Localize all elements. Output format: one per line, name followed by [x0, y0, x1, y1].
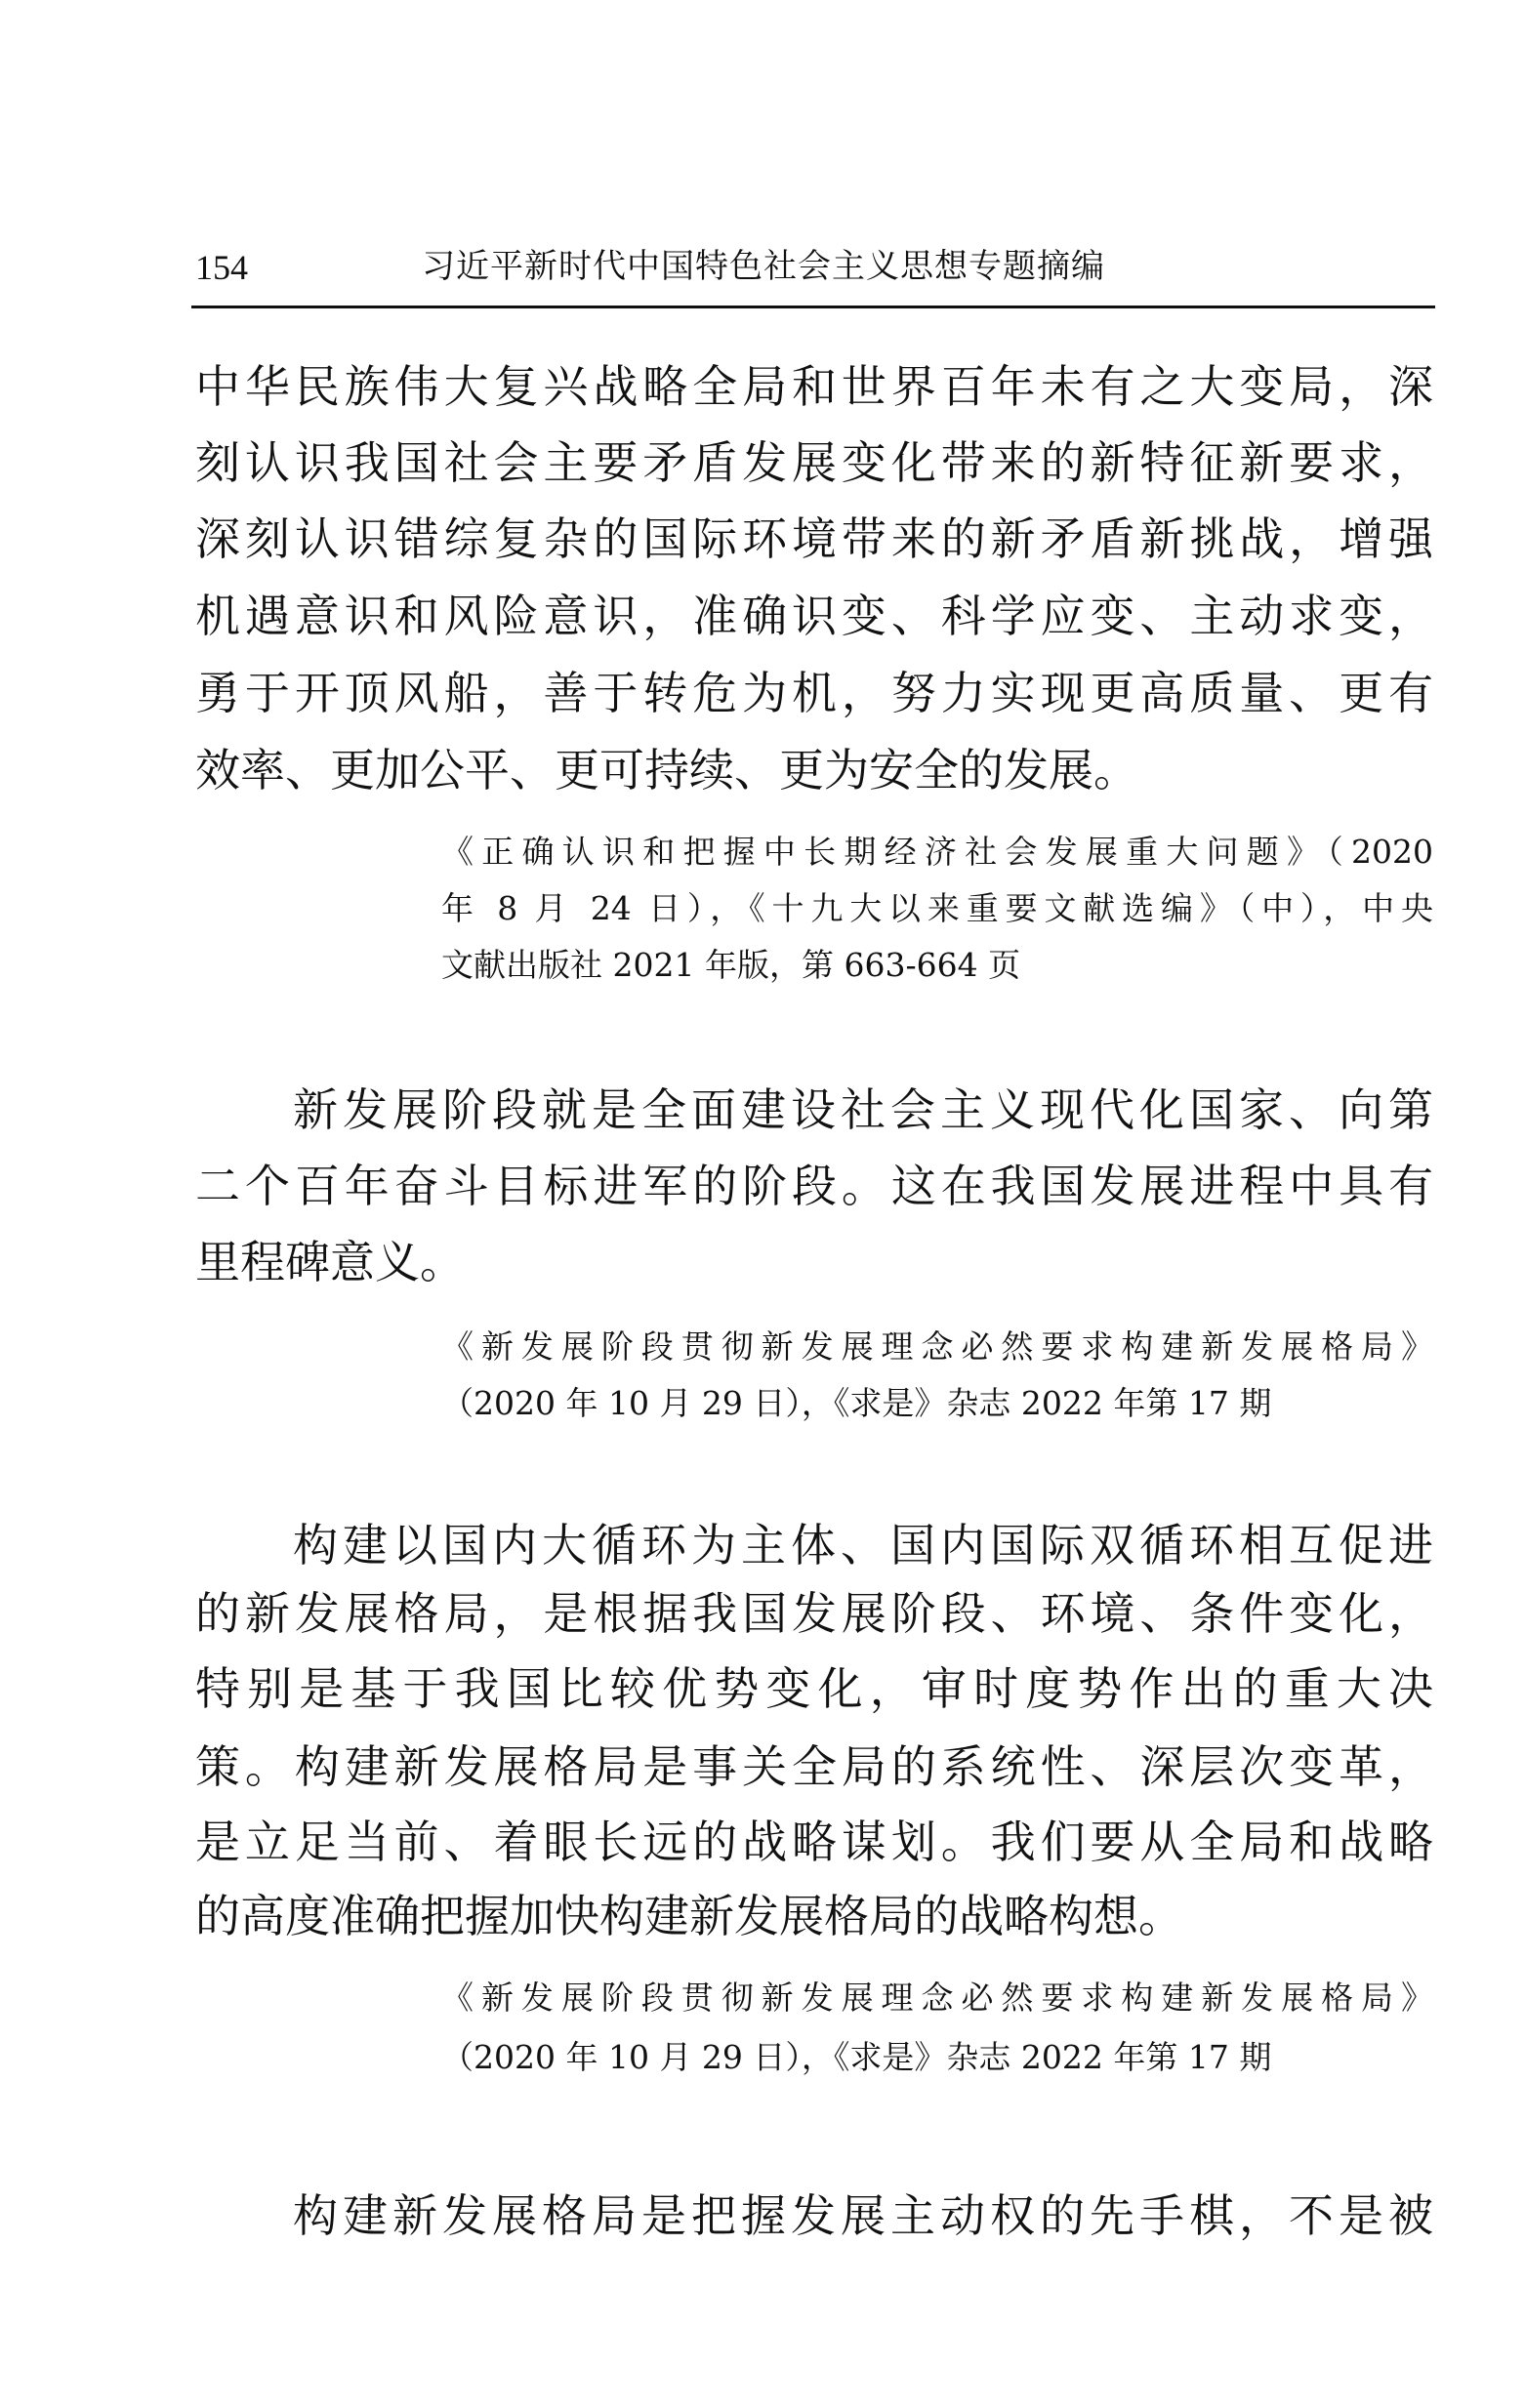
text-line: 刻认识我国社会主要矛盾发展变化带来的新特征新要求， [195, 433, 1433, 492]
text-line: 策。构建新发展格局是事关全局的系统性、深层次变革， [195, 1737, 1433, 1796]
running-title: 习近平新时代中国特色社会主义思想专题摘编 [422, 244, 1105, 289]
citation-line: 《正确认识和把握中长期经济社会发展重大问题》（2020 [441, 830, 1433, 875]
text-line: 里程碑意义。 [195, 1233, 1433, 1291]
text-line: 勇于开顶风船，善于转危为机，努力实现更高质量、更有 [195, 664, 1433, 722]
text-line: 中华民族伟大复兴战略全局和世界百年未有之大变局，深 [195, 357, 1433, 416]
text-line: 新发展阶段就是全面建设社会主义现代化国家、向第 [293, 1081, 1433, 1139]
text-line: 的新发展格局，是根据我国发展阶段、环境、条件变化， [195, 1584, 1433, 1643]
text-line: 构建新发展格局是把握发展主动权的先手棋，不是被 [293, 2186, 1433, 2245]
page-number: 154 [195, 246, 248, 289]
text-line: 效率、更加公平、更可持续、更为安全的发展。 [195, 741, 1433, 799]
text-line: 的高度准确把握加快构建新发展格局的战略构想。 [195, 1887, 1433, 1945]
text-line: 机遇意识和风险意识，准确识变、科学应变、主动求变， [195, 587, 1433, 645]
text-line: 是立足当前、着眼长远的战略谋划。我们要从全局和战略 [195, 1813, 1433, 1871]
citation-line: 文献出版社 2021 年版，第 663-664 页 [441, 943, 1433, 988]
text-line: 二个百年奋斗目标进军的阶段。这在我国发展进程中具有 [195, 1157, 1433, 1215]
citation-line: 《新发展阶段贯彻新发展理念必然要求构建新发展格局》 [441, 1325, 1433, 1369]
citation-line: （2020 年 10 月 29 日），《求是》杂志 2022 年第 17 期 [441, 1381, 1433, 1426]
header-rule [191, 306, 1435, 308]
citation-line: 年 8 月 24 日），《十九大以来重要文献选编》（中），中央 [441, 886, 1433, 931]
citation-line: （2020 年 10 月 29 日），《求是》杂志 2022 年第 17 期 [441, 2035, 1433, 2080]
text-line: 深刻认识错综复杂的国际环境带来的新矛盾新挑战，增强 [195, 510, 1433, 568]
citation-line: 《新发展阶段贯彻新发展理念必然要求构建新发展格局》 [441, 1976, 1433, 2020]
text-line: 构建以国内大循环为主体、国内国际双循环相互促进 [293, 1516, 1433, 1574]
text-line: 特别是基于我国比较优势变化，审时度势作出的重大决 [195, 1659, 1433, 1718]
